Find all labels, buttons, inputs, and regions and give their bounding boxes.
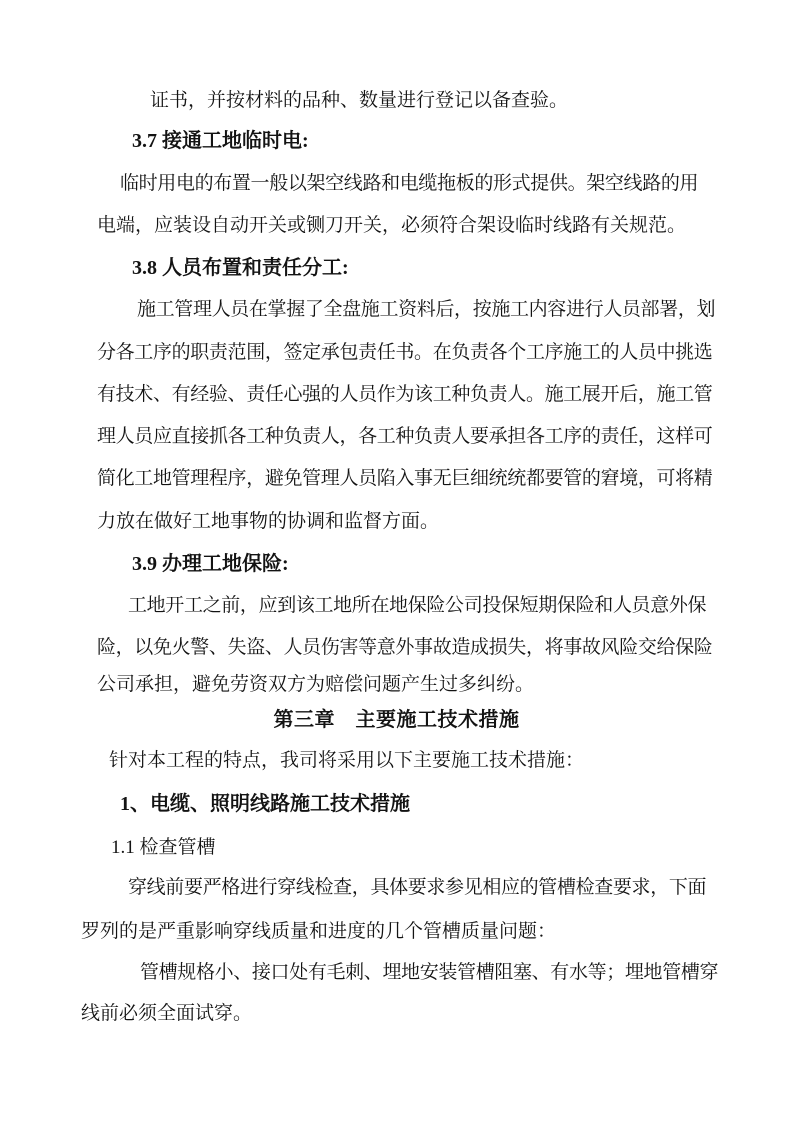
paragraph-line: 管槽规格小、接口处有毛刺、埋地安装管槽阻塞、有水等；埋地管槽穿 [140, 962, 718, 984]
paragraph-line: 施工管理人员在掌握了全盘施工资料后，按施工内容进行人员部署，划 [137, 299, 715, 321]
heading-3-7: 3.7 接通工地临时电: [132, 130, 309, 153]
paragraph-line: 线前必须全面试穿。 [81, 1003, 252, 1025]
heading-3-9: 3.9 办理工地保险: [132, 553, 289, 576]
paragraph-line: 公司承担，避免劳资双方为赔偿问题产生过多纠纷。 [97, 674, 534, 696]
paragraph-line: 理人员应直接抓各工种负责人，各工种负责人要承担各工序的责任，这样可 [97, 426, 712, 448]
document-page: 证书，并按材料的品种、数量进行登记以备查验。 3.7 接通工地临时电: 临时用电… [0, 0, 793, 1122]
paragraph-line: 分各工序的职责范围，签定承包责任书。在负责各个工序施工的人员中挑选 [97, 342, 712, 364]
paragraph-line: 证书，并按材料的品种、数量进行登记以备查验。 [150, 90, 568, 112]
chapter-heading: 第三章 主要施工技术措施 [0, 709, 793, 732]
paragraph-line: 临时用电的布置一般以架空线路和电缆拖板的形式提供。架空线路的用 [120, 173, 698, 195]
paragraph-line: 简化工地管理程序，避免管理人员陷入事无巨细统统都要管的窘境，可将精 [97, 468, 712, 490]
paragraph-line: 针对本工程的特点，我司将采用以下主要施工技术措施： [109, 750, 584, 772]
paragraph-line: 电端，应装设自动开关或铡刀开关，必须符合架设临时线路有关规范。 [97, 215, 686, 237]
section-heading-1: 1、电缆、照明线路施工技术措施 [120, 793, 410, 816]
paragraph-line: 罗列的是严重影响穿线质量和进度的几个管槽质量问题： [81, 921, 556, 943]
paragraph-line: 力放在做好工地事物的协调和监督方面。 [97, 511, 439, 533]
subheading-1-1: 1.1 检查管槽 [111, 837, 216, 859]
paragraph-line: 险，以免火警、失盗、人员伤害等意外事故造成损失，将事故风险交给保险 [97, 637, 712, 659]
paragraph-line: 有技术、有经验、责任心强的人员作为该工种负责人。施工展开后，施工管 [97, 384, 712, 406]
paragraph-line: 工地开工之前，应到该工地所在地保险公司投保短期保险和人员意外保 [128, 595, 706, 617]
paragraph-line: 穿线前要严格进行穿线检查，具体要求参见相应的管槽检查要求，下面 [128, 877, 706, 899]
heading-3-8: 3.8 人员布置和责任分工: [132, 257, 349, 280]
